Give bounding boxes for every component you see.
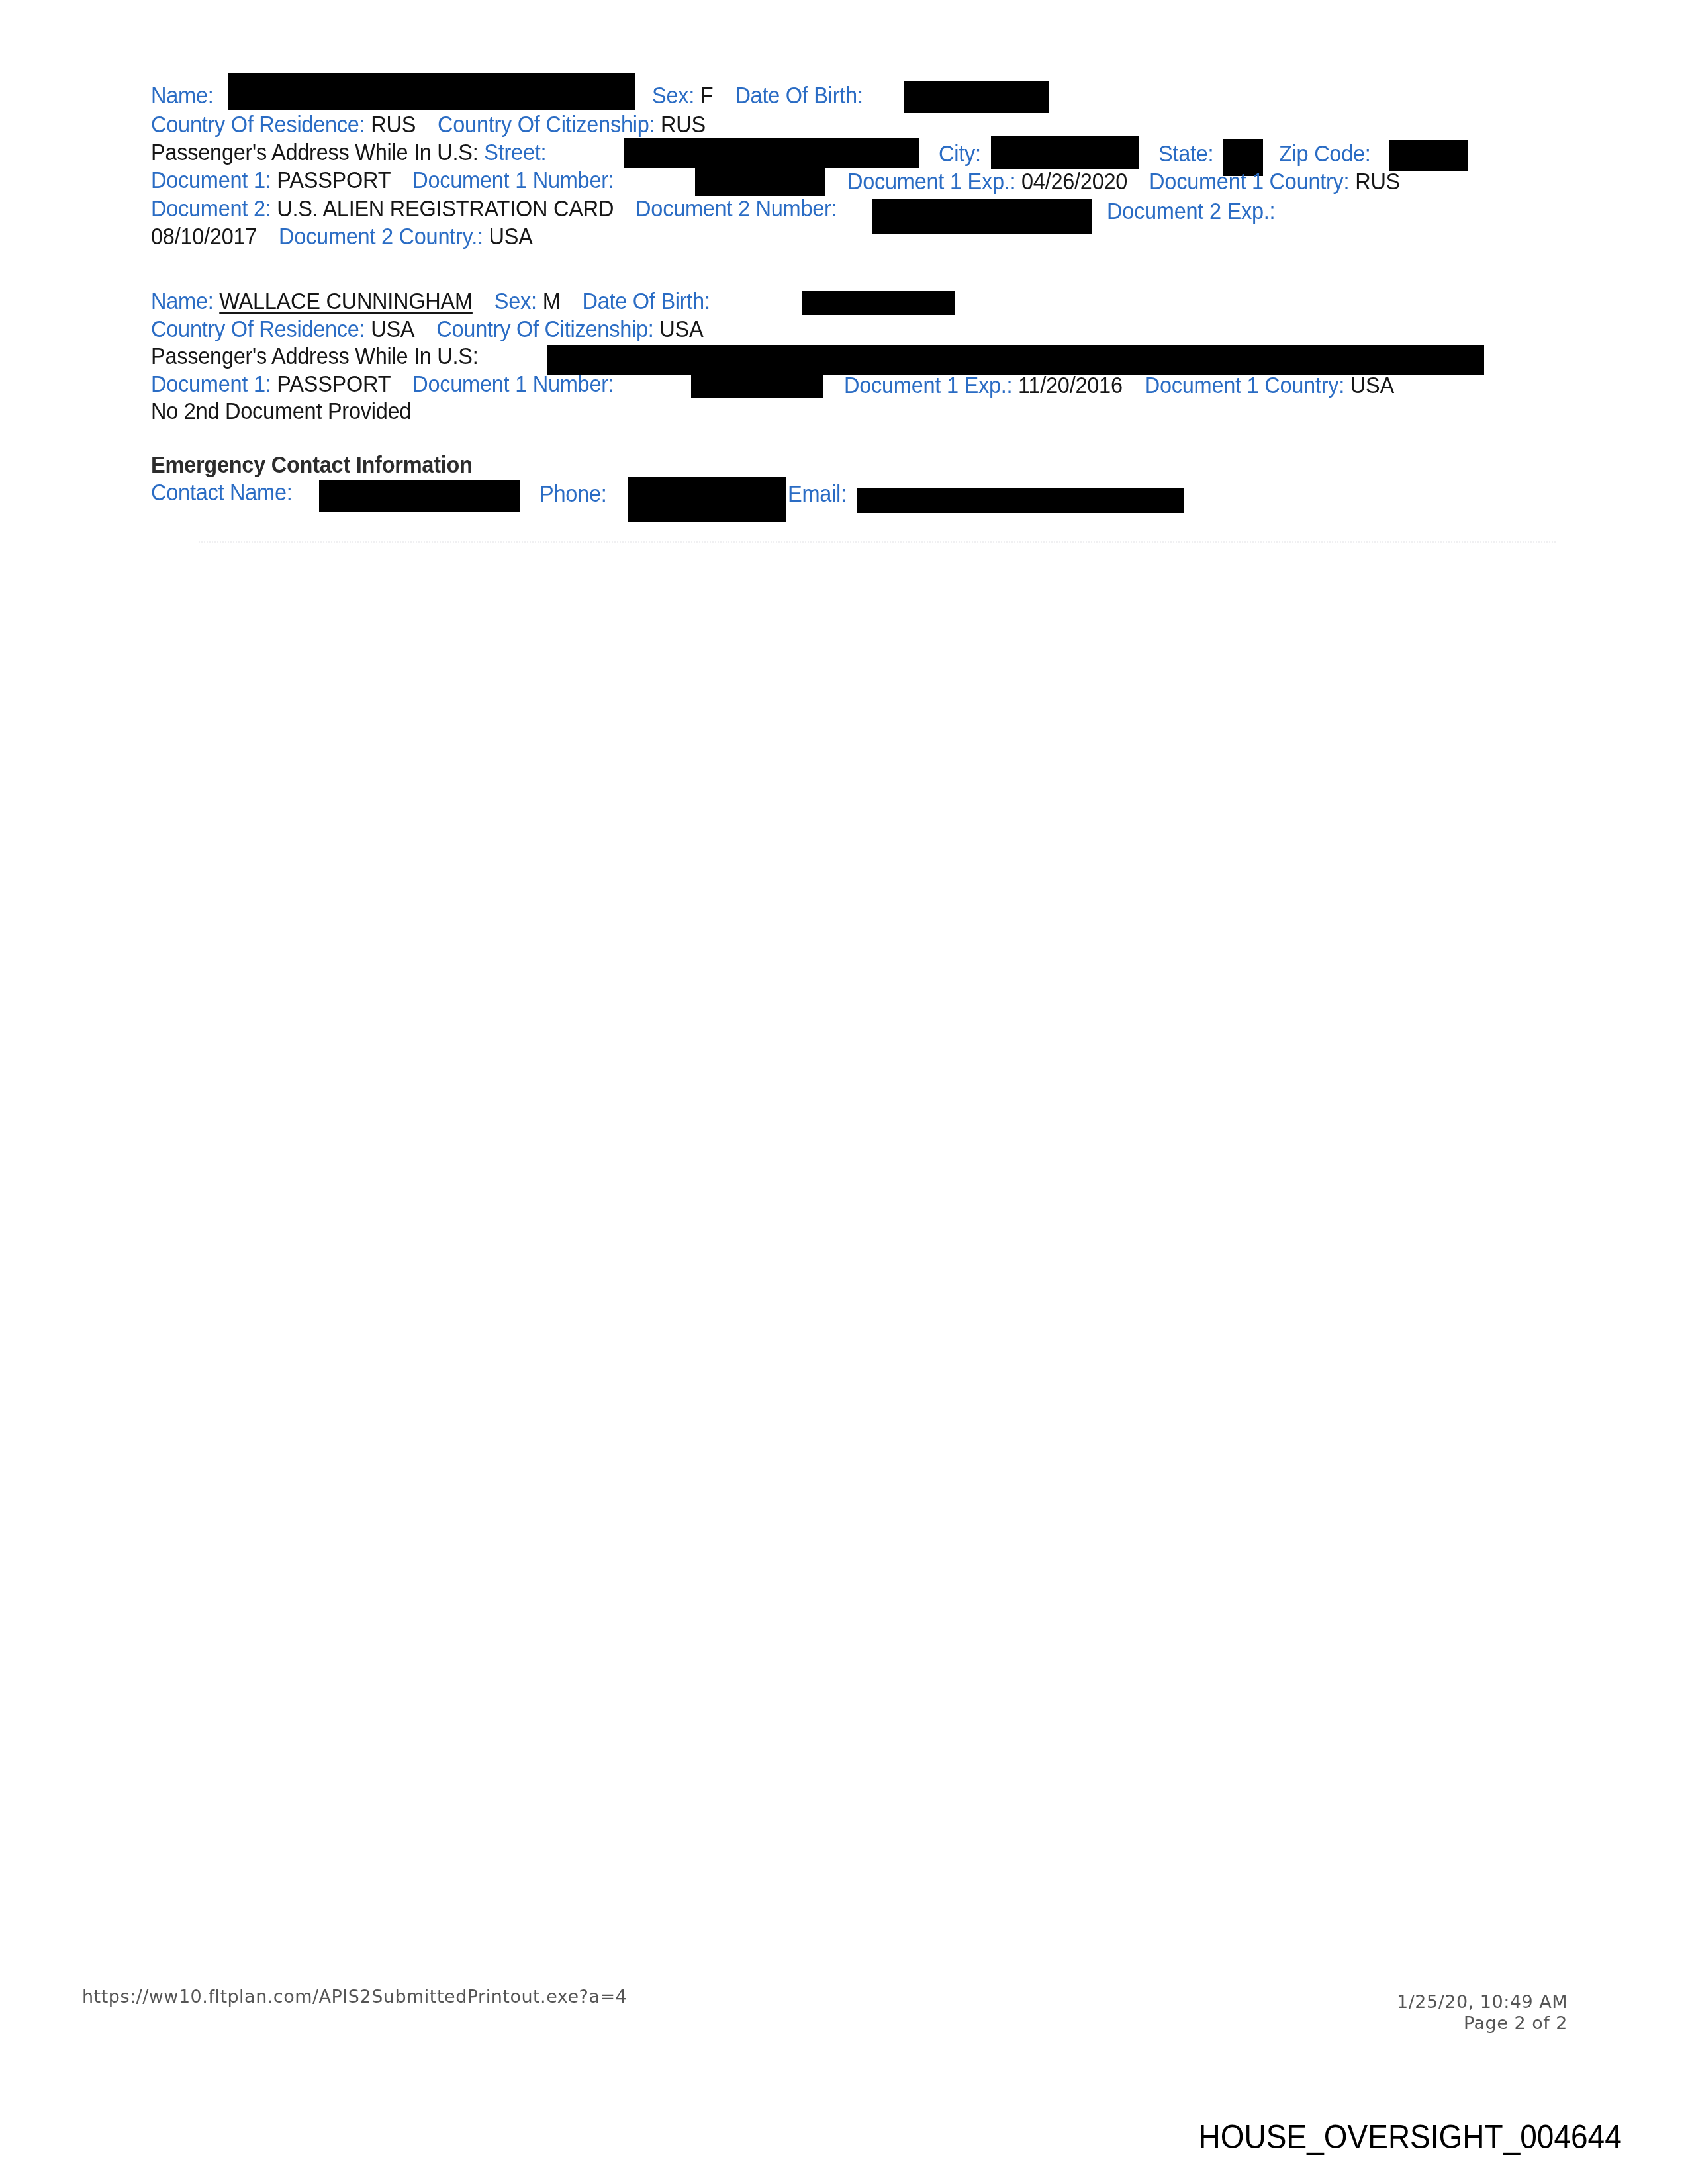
redaction-p1-dob	[904, 81, 1049, 113]
p2-residence-value: USA	[371, 316, 414, 342]
p2-doc1-number-label: Document 1 Number:	[412, 371, 614, 397]
phone-label: Phone:	[539, 481, 607, 507]
p2-address-label: Passenger's Address While In U.S:	[151, 343, 479, 369]
redaction-p1-name	[228, 73, 635, 110]
footer-page-number: Page 2 of 2	[1397, 2013, 1568, 2034]
p1-line-doc2-country: 08/10/2017 Document 2 Country.: USA	[151, 223, 533, 251]
p1-sex-label: Sex:	[652, 83, 694, 109]
redaction-p2-address	[547, 345, 1484, 375]
p1-city-label: City:	[939, 141, 981, 167]
p1-line-zip: Zip Code:	[1279, 140, 1371, 168]
p1-doc1-exp-label: Document 1 Exp.:	[847, 169, 1015, 195]
p1-line-state: State:	[1158, 140, 1213, 168]
p1-doc1-country-label: Document 1 Country:	[1149, 169, 1349, 195]
p1-doc1-number-label: Document 1 Number:	[412, 167, 614, 193]
p2-doc1-country-value: USA	[1350, 373, 1394, 398]
footer-meta: 1/25/20, 10:49 AM Page 2 of 2	[1397, 1992, 1568, 2034]
p1-line-country: Country Of Residence: RUS Country Of Cit…	[151, 111, 706, 139]
p2-line-address: Passenger's Address While In U.S:	[151, 343, 479, 371]
p1-doc2-exp-value: 08/10/2017	[151, 224, 257, 250]
emergency-line-phone: Phone:	[539, 480, 607, 508]
p1-doc1-exp-value: 04/26/2020	[1021, 169, 1127, 195]
p2-line-name: Name: WALLACE CUNNINGHAM Sex: M Date Of …	[151, 288, 710, 316]
p1-residence-value: RUS	[371, 112, 416, 138]
redaction-p1-doc1-number	[695, 167, 825, 196]
redaction-p1-zip	[1389, 140, 1468, 171]
p1-zip-label: Zip Code:	[1279, 141, 1371, 167]
emergency-contact-heading: Emergency Contact Information	[151, 452, 473, 478]
p1-line-city: City:	[939, 140, 981, 168]
footer-timestamp: 1/25/20, 10:49 AM	[1397, 1992, 1568, 2013]
p2-doc1-value: PASSPORT	[277, 371, 391, 397]
p2-line-no-doc2: No 2nd Document Provided	[151, 398, 411, 426]
emergency-line-contact: Contact Name:	[151, 479, 292, 507]
p2-doc1-country-label: Document 1 Country:	[1145, 373, 1344, 398]
redaction-p1-street	[624, 138, 919, 168]
p1-doc2-value: U.S. ALIEN REGISTRATION CARD	[277, 196, 614, 222]
p1-line-doc1-exp: Document 1 Exp.: 04/26/2020 Document 1 C…	[847, 168, 1400, 196]
p2-name-value: WALLACE CUNNINGHAM	[219, 289, 473, 314]
p2-line-country: Country Of Residence: USA Country Of Cit…	[151, 316, 703, 343]
p1-doc1-country-value: RUS	[1355, 169, 1400, 195]
p1-dob-label: Date Of Birth:	[735, 83, 863, 109]
p1-line-address: Passenger's Address While In U.S: Street…	[151, 139, 546, 167]
redaction-p1-doc2-number	[872, 199, 1092, 234]
p1-line-name: Name:	[151, 82, 213, 110]
p1-doc1-label: Document 1:	[151, 167, 271, 193]
p2-line-doc1: Document 1: PASSPORT Document 1 Number:	[151, 371, 614, 398]
p1-citizenship-value: RUS	[661, 112, 706, 138]
redaction-phone	[628, 477, 786, 522]
emergency-line-email: Email:	[788, 480, 847, 508]
p1-doc2-number-label: Document 2 Number:	[635, 196, 837, 222]
p1-line-doc2: Document 2: U.S. ALIEN REGISTRATION CARD…	[151, 195, 837, 223]
p2-citizenship-value: USA	[659, 316, 703, 342]
email-label: Email:	[788, 481, 847, 507]
p1-line-sex-dob: Sex: F Date Of Birth:	[652, 82, 863, 110]
p1-doc2-country-value: USA	[489, 224, 532, 250]
p2-residence-label: Country Of Residence:	[151, 316, 365, 342]
p2-citizenship-label: Country Of Citizenship:	[436, 316, 653, 342]
p2-sex-label: Sex:	[494, 289, 537, 314]
faint-divider	[199, 541, 1556, 543]
p1-sex-value: F	[700, 83, 714, 109]
p1-address-label: Passenger's Address While In U.S:	[151, 140, 479, 165]
contact-name-label: Contact Name:	[151, 480, 292, 506]
p1-residence-label: Country Of Residence:	[151, 112, 365, 138]
p1-state-label: State:	[1158, 141, 1213, 167]
redaction-p2-dob	[802, 291, 955, 315]
p2-line-doc1-exp: Document 1 Exp.: 11/20/2016 Document 1 C…	[844, 372, 1394, 400]
p2-doc1-label: Document 1:	[151, 371, 271, 397]
p2-doc1-exp-label: Document 1 Exp.:	[844, 373, 1012, 398]
p1-street-label: Street:	[484, 140, 546, 165]
p2-no-doc2-text: No 2nd Document Provided	[151, 398, 411, 424]
p1-doc1-value: PASSPORT	[277, 167, 391, 193]
footer-url: https://ww10.fltplan.com/APIS2SubmittedP…	[82, 1987, 627, 2007]
p2-dob-label: Date Of Birth:	[582, 289, 710, 314]
redaction-p2-doc1-number	[691, 372, 823, 398]
p1-name-label: Name:	[151, 83, 213, 109]
p2-doc1-exp-value: 11/20/2016	[1018, 373, 1123, 398]
p1-citizenship-label: Country Of Citizenship:	[438, 112, 655, 138]
p2-sex-value: M	[543, 289, 561, 314]
redaction-email	[857, 488, 1184, 513]
p1-doc2-label: Document 2:	[151, 196, 271, 222]
redaction-p1-city	[991, 136, 1139, 169]
p1-line-doc1: Document 1: PASSPORT Document 1 Number:	[151, 167, 614, 195]
bates-number: HOUSE_OVERSIGHT_004644	[1199, 2118, 1622, 2156]
p1-doc2-country-label: Document 2 Country.:	[279, 224, 483, 250]
p1-doc2-exp-label: Document 2 Exp.:	[1107, 199, 1275, 224]
p1-line-doc2-exp: Document 2 Exp.:	[1107, 198, 1275, 226]
redaction-contact-name	[319, 480, 520, 512]
p2-name-label: Name:	[151, 289, 213, 314]
